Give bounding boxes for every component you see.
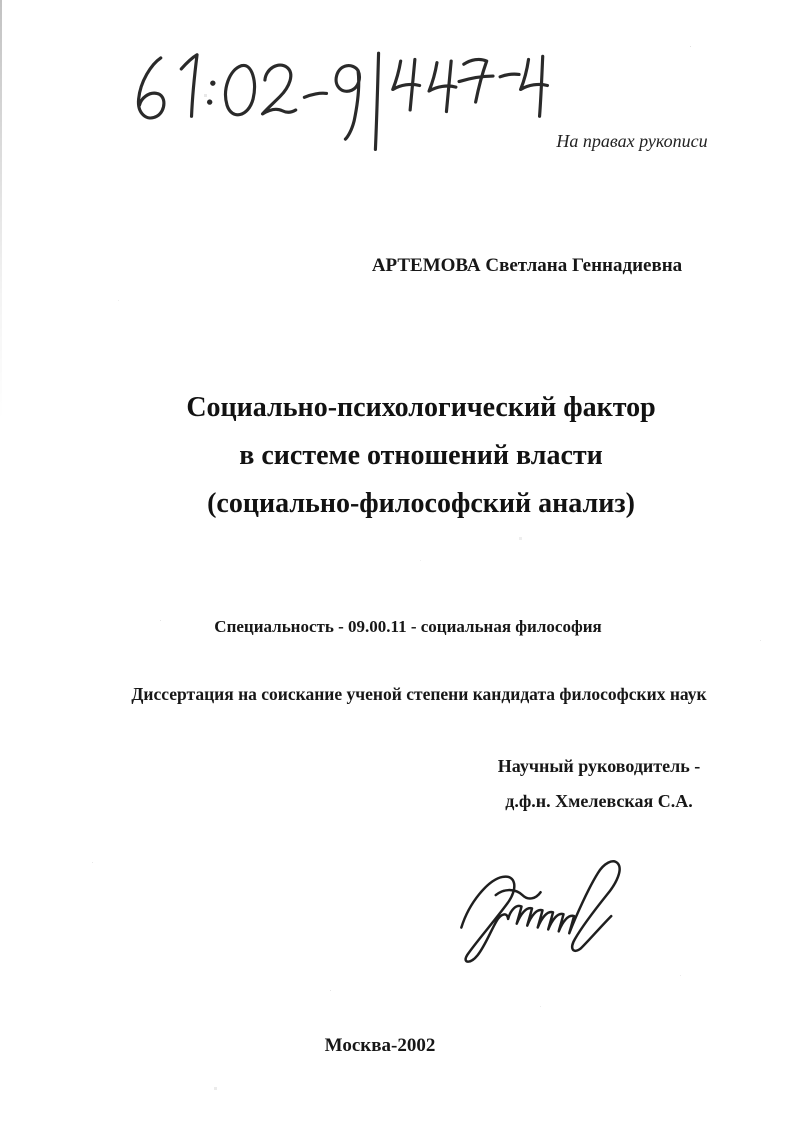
signature-icon bbox=[448, 834, 658, 963]
dissertation-title: Социально-психологический фактор в систе… bbox=[186, 384, 655, 528]
specialty-line: Специальность - 09.00.11 - социальная фи… bbox=[214, 617, 601, 637]
city-year-imprint: Москва-2002 bbox=[325, 1035, 436, 1057]
handwritten-catalog-number bbox=[126, 50, 568, 153]
supervisor-label: Научный руководитель - bbox=[498, 749, 701, 784]
degree-statement: Диссертация на соискание ученой степени … bbox=[131, 684, 706, 705]
scanned-title-page: На правах рукописи АРТЕМОВА Светлана Ген… bbox=[0, 0, 793, 1122]
manuscript-rights-note: На правах рукописи bbox=[556, 131, 707, 152]
scan-noise-specks bbox=[0, 0, 1, 1]
title-line-1: Социально-психологический фактор bbox=[186, 384, 655, 432]
handwriting-icon bbox=[126, 50, 568, 153]
title-line-3: (социально-философский анализ) bbox=[186, 480, 655, 528]
supervisor-block: Научный руководитель - д.ф.н. Хмелевская… bbox=[498, 749, 701, 819]
supervisor-name: д.ф.н. Хмелевская С.А. bbox=[498, 784, 701, 819]
title-line-2: в системе отношений власти bbox=[186, 432, 655, 480]
supervisor-signature bbox=[448, 834, 658, 963]
scan-edge-artifact bbox=[0, 0, 2, 420]
author-name: АРТЕМОВА Светлана Геннадиевна bbox=[372, 255, 682, 277]
